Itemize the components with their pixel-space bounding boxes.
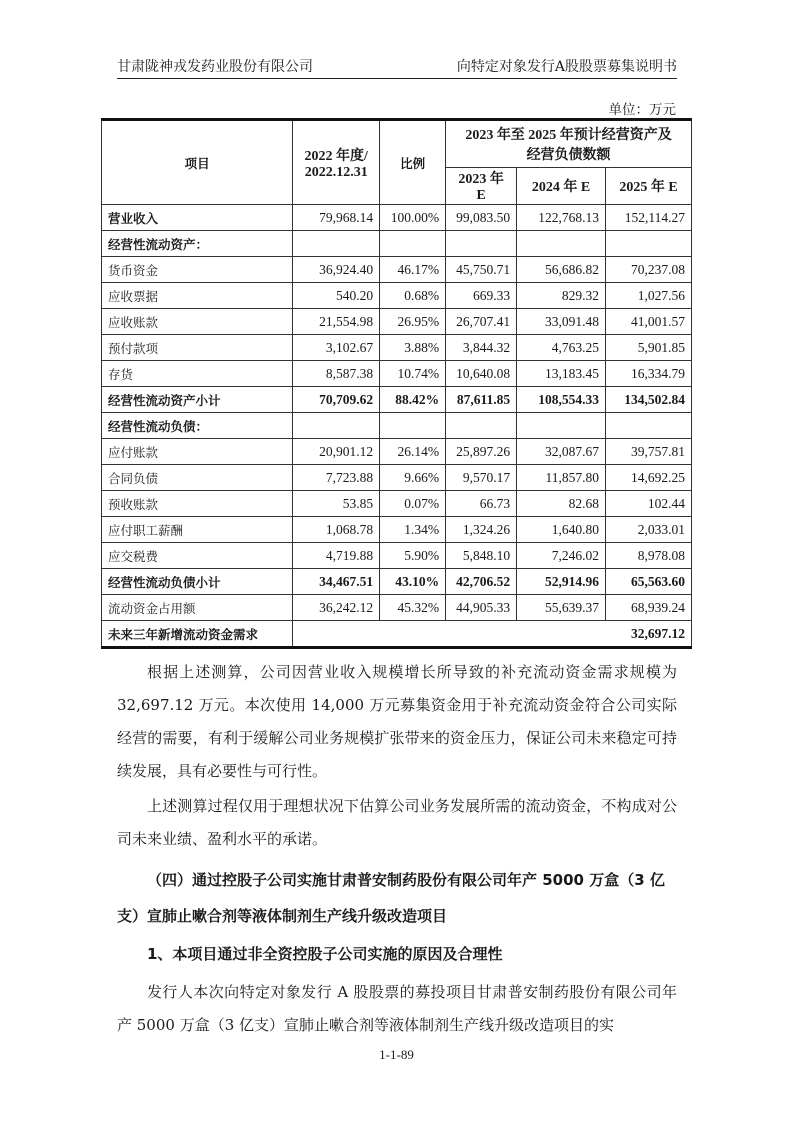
value-2022: 53.85 [293,491,380,517]
row-label: 存货 [102,361,293,387]
row-label: 经营性流动负债小计 [102,569,293,595]
value-2024e: 55,639.37 [517,595,606,621]
table-row: 经营性流动负债： [102,413,692,439]
value-2023e: 66.73 [446,491,517,517]
value-2023e: 5,848.10 [446,543,517,569]
value-2024e: 11,857.80 [517,465,606,491]
subheading: 1、本项目通过非全资控股子公司实施的原因及合理性 [117,936,677,972]
row-label: 经营性流动资产： [102,231,293,257]
value-2025e: 102.44 [606,491,692,517]
header-base-year-line2: 2022.12.31 [299,165,373,181]
table-row: 流动资金占用额36,242.1245.32%44,905.3355,639.37… [102,595,692,621]
row-label: 经营性流动负债： [102,413,293,439]
value-2024e: 56,686.82 [517,257,606,283]
value-2023e: 42,706.52 [446,569,517,595]
value-ratio: 3.88% [380,335,446,361]
value-ratio: 0.07% [380,491,446,517]
header-ratio: 比例 [380,120,446,205]
value-2024e: 4,763.25 [517,335,606,361]
value-2024e: 122,768.13 [517,205,606,231]
value-2025e [606,231,692,257]
row-label: 应付账款 [102,439,293,465]
value-2022: 3,102.67 [293,335,380,361]
value-2024e: 13,183.45 [517,361,606,387]
value-ratio: 10.74% [380,361,446,387]
table-row: 营业收入79,968.14100.00%99,083.50122,768.131… [102,205,692,231]
header-base-year-line1: 2022 年度/ [299,145,373,165]
value-2023e: 26,707.41 [446,309,517,335]
value-2022: 21,554.98 [293,309,380,335]
value-ratio: 26.95% [380,309,446,335]
value-2022: 70,709.62 [293,387,380,413]
value-ratio: 0.68% [380,283,446,309]
row-label: 预收账款 [102,491,293,517]
table-row: 经营性流动资产： [102,231,692,257]
value-2025e: 16,334.79 [606,361,692,387]
value-2025e: 41,001.57 [606,309,692,335]
value-2023e: 669.33 [446,283,517,309]
value-2022: 540.20 [293,283,380,309]
table-row: 应付账款20,901.1226.14%25,897.2632,087.6739,… [102,439,692,465]
row-label: 流动资金占用额 [102,595,293,621]
value-2025e: 1,027.56 [606,283,692,309]
value-2023e: 87,611.85 [446,387,517,413]
value-2024e [517,231,606,257]
value-2024e [517,413,606,439]
value-ratio: 1.34% [380,517,446,543]
value-2025e: 14,692.25 [606,465,692,491]
value-2024e: 52,914.96 [517,569,606,595]
header-forecast-line1: 2023 年至 2025 年预计经营资产及 [452,124,685,144]
value-ratio: 45.32% [380,595,446,621]
row-label: 预付款项 [102,335,293,361]
value-2022: 79,968.14 [293,205,380,231]
header-forecast-line2: 经营负债数额 [452,144,685,164]
row-label: 经营性流动资产小计 [102,387,293,413]
total-row-value: 32,697.12 [293,621,692,648]
row-label: 合同负债 [102,465,293,491]
value-2023e: 99,083.50 [446,205,517,231]
value-2025e: 8,978.08 [606,543,692,569]
value-2025e: 2,033.01 [606,517,692,543]
header-2024e: 2024 年 E [517,168,606,205]
row-label: 货币资金 [102,257,293,283]
table-row: 货币资金36,924.4046.17%45,750.7156,686.8270,… [102,257,692,283]
value-2025e [606,413,692,439]
value-2023e [446,231,517,257]
table-row: 经营性流动负债小计34,467.5143.10%42,706.5252,914.… [102,569,692,595]
table-row: 应付职工薪酬1,068.781.34%1,324.261,640.802,033… [102,517,692,543]
value-2022: 8,587.38 [293,361,380,387]
table-row: 应收账款21,554.9826.95%26,707.4133,091.4841,… [102,309,692,335]
value-2023e: 44,905.33 [446,595,517,621]
total-row-label: 未来三年新增流动资金需求 [102,621,293,648]
row-label: 营业收入 [102,205,293,231]
value-2023e: 3,844.32 [446,335,517,361]
row-label: 应收票据 [102,283,293,309]
value-2024e: 7,246.02 [517,543,606,569]
value-ratio: 26.14% [380,439,446,465]
table-row: 应收票据540.200.68%669.33829.321,027.56 [102,283,692,309]
row-label: 应付职工薪酬 [102,517,293,543]
table-row: 预收账款53.850.07%66.7382.68102.44 [102,491,692,517]
value-2025e: 65,563.60 [606,569,692,595]
value-ratio [380,413,446,439]
value-2023e: 1,324.26 [446,517,517,543]
value-2023e: 10,640.08 [446,361,517,387]
value-2025e: 68,939.24 [606,595,692,621]
value-2024e: 1,640.80 [517,517,606,543]
value-ratio: 100.00% [380,205,446,231]
value-2024e: 829.32 [517,283,606,309]
value-2023e: 45,750.71 [446,257,517,283]
header-2023e: 2023 年 E [446,168,517,205]
value-ratio: 5.90% [380,543,446,569]
header-forecast-group: 2023 年至 2025 年预计经营资产及 经营负债数额 [446,120,692,168]
row-label: 应交税费 [102,543,293,569]
value-2022: 20,901.12 [293,439,380,465]
table-row: 经营性流动资产小计70,709.6288.42%87,611.85108,554… [102,387,692,413]
value-ratio: 46.17% [380,257,446,283]
value-ratio: 43.10% [380,569,446,595]
header-company-name: 甘肃陇神戎发药业股份有限公司 [117,56,313,76]
page-number: 1-1-89 [0,1047,793,1063]
value-2025e: 152,114.27 [606,205,692,231]
header-base-year: 2022 年度/ 2022.12.31 [293,120,380,205]
table-row: 存货8,587.3810.74%10,640.0813,183.4516,334… [102,361,692,387]
working-capital-table: 项目 2022 年度/ 2022.12.31 比例 2023 年至 2025 年… [101,118,692,649]
value-2023e: 9,570.17 [446,465,517,491]
value-2023e: 25,897.26 [446,439,517,465]
paragraph-project-intro: 发行人本次向特定对象发行 A 股股票的募投项目甘肃普安制药股份有限公司年产 50… [117,976,677,1042]
value-2025e: 5,901.85 [606,335,692,361]
value-2022: 1,068.78 [293,517,380,543]
value-2023e [446,413,517,439]
paragraph-disclaimer: 上述测算过程仅用于理想状况下估算公司业务发展所需的流动资金，不构成对公司未来业绩… [117,790,677,856]
value-2022: 36,924.40 [293,257,380,283]
row-label: 应收账款 [102,309,293,335]
value-2024e: 108,554.33 [517,387,606,413]
unit-label: 单位：万元 [609,98,677,118]
value-2025e: 134,502.84 [606,387,692,413]
table-row: 合同负债7,723.889.66%9,570.1711,857.8014,692… [102,465,692,491]
section-heading: （四）通过控股子公司实施甘肃普安制药股份有限公司年产 5000 万盒（3 亿支）… [117,862,677,934]
table-row: 预付款项3,102.673.88%3,844.324,763.255,901.8… [102,335,692,361]
value-ratio: 88.42% [380,387,446,413]
value-2022 [293,231,380,257]
value-2022: 7,723.88 [293,465,380,491]
total-row: 未来三年新增流动资金需求 32,697.12 [102,621,692,648]
value-2022: 36,242.12 [293,595,380,621]
table-row: 应交税费4,719.885.90%5,848.107,246.028,978.0… [102,543,692,569]
value-2024e: 82.68 [517,491,606,517]
header-2025e: 2025 年 E [606,168,692,205]
paragraph-conclusion: 根据上述测算，公司因营业收入规模增长所导致的补充流动资金需求规模为 32,697… [117,656,677,788]
value-2022: 34,467.51 [293,569,380,595]
value-2025e: 70,237.08 [606,257,692,283]
value-2024e: 32,087.67 [517,439,606,465]
header-document-title: 向特定对象发行A股股票募集说明书 [457,56,677,76]
header-item: 项目 [102,120,293,205]
value-2025e: 39,757.81 [606,439,692,465]
value-2022: 4,719.88 [293,543,380,569]
value-ratio: 9.66% [380,465,446,491]
value-ratio [380,231,446,257]
value-2022 [293,413,380,439]
page-header: 甘肃陇神戎发药业股份有限公司 向特定对象发行A股股票募集说明书 [117,56,677,79]
value-2024e: 33,091.48 [517,309,606,335]
